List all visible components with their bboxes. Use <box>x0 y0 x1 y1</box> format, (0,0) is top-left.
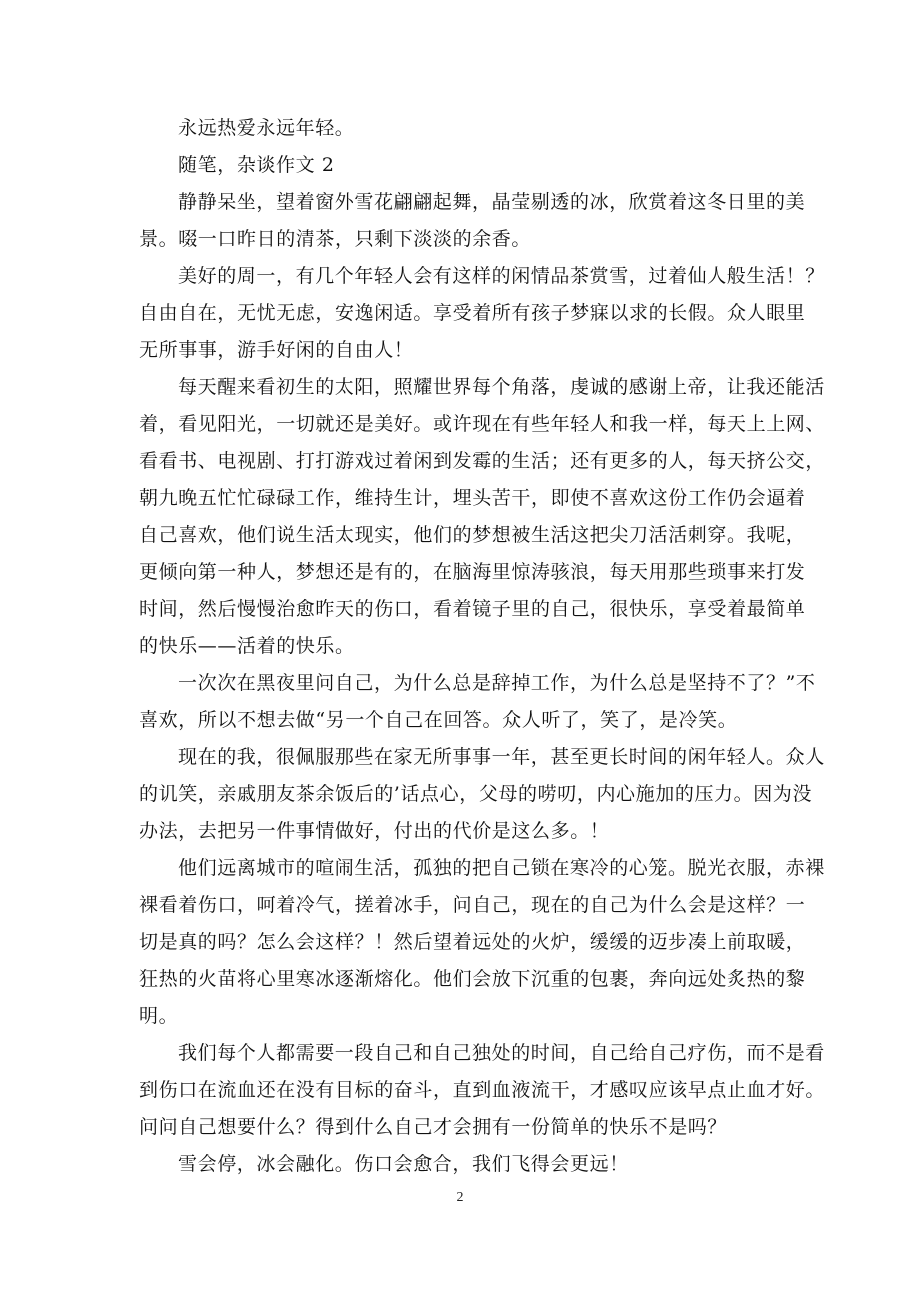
text-line: 随笔，杂谈作文 2 <box>139 147 799 184</box>
text-line: 到伤口在流血还在没有目标的奋斗，直到血液流干，才感叹应该早点止血才好。 <box>139 1072 799 1109</box>
text-line: 静静呆坐，望着窗外雪花翩翩起舞，晶莹剔透的冰，欣赏着这冬日里的美 <box>139 184 799 221</box>
text-line: 的快乐——活着的快乐。 <box>139 628 799 665</box>
text-line: 着，看见阳光，一切就还是美好。或许现在有些年轻人和我一样，每天上上网、 <box>139 406 799 443</box>
text-line: 景。啜一口昨日的清茶，只剩下淡淡的余香。 <box>139 221 799 258</box>
text-line: 明。 <box>139 998 799 1035</box>
text-line: 朝九晚五忙忙碌碌工作，维持生计，埋头苦干，即使不喜欢这份工作仍会逼着 <box>139 480 799 517</box>
text-line: 无所事事，游手好闲的自由人！ <box>139 332 799 369</box>
paragraph: 雪会停，冰会融化。伤口会愈合，我们飞得会更远！ <box>139 1146 799 1183</box>
text-line: 一次次在黑夜里问自己，为什么总是辞掉工作，为什么总是坚持不了？”不 <box>139 665 799 702</box>
paragraph: 他们远离城市的喧闹生活，孤独的把自己锁在寒冷的心笼。脱光衣服，赤裸裸看着伤口，呵… <box>139 850 799 1035</box>
text-line: 问问自己想要什么？得到什么自己才会拥有一份简单的快乐不是吗？ <box>139 1109 799 1146</box>
paragraph: 永远热爱永远年轻。 <box>139 110 799 147</box>
text-line: 每天醒来看初生的太阳，照耀世界每个角落，虔诚的感谢上帝，让我还能活 <box>139 369 799 406</box>
paragraph: 随笔，杂谈作文 2 <box>139 147 799 184</box>
paragraph: 美好的周一，有几个年轻人会有这样的闲情品茶赏雪，过着仙人般生活！？自由自在，无忧… <box>139 258 799 369</box>
text-line: 美好的周一，有几个年轻人会有这样的闲情品茶赏雪，过着仙人般生活！？ <box>139 258 799 295</box>
text-line: 裸看着伤口，呵着冷气，搓着冰手，问自己，现在的自己为什么会是这样？一 <box>139 887 799 924</box>
text-line: 我们每个人都需要一段自己和自己独处的时间，自己给自己疗伤，而不是看 <box>139 1035 799 1072</box>
paragraph: 我们每个人都需要一段自己和自己独处的时间，自己给自己疗伤，而不是看到伤口在流血还… <box>139 1035 799 1146</box>
paragraph: 静静呆坐，望着窗外雪花翩翩起舞，晶莹剔透的冰，欣赏着这冬日里的美景。啜一口昨日的… <box>139 184 799 258</box>
text-line: 自由自在，无忧无虑，安逸闲适。享受着所有孩子梦寐以求的长假。众人眼里 <box>139 295 799 332</box>
text-line: 狂热的火苗将心里寒冰逐渐熔化。他们会放下沉重的包裹，奔向远处炙热的黎 <box>139 961 799 998</box>
paragraph: 一次次在黑夜里问自己，为什么总是辞掉工作，为什么总是坚持不了？”不喜欢，所以不想… <box>139 665 799 739</box>
paragraph: 现在的我，很佩服那些在家无所事事一年，甚至更长时间的闲年轻人。众人的讥笑，亲戚朋… <box>139 739 799 850</box>
paragraph: 每天醒来看初生的太阳，照耀世界每个角落，虔诚的感谢上帝，让我还能活着，看见阳光，… <box>139 369 799 665</box>
text-line: 更倾向第一种人，梦想还是有的，在脑海里惊涛骇浪，每天用那些琐事来打发 <box>139 554 799 591</box>
text-line: 喜欢，所以不想去做“另一个自己在回答。众人听了，笑了，是冷笑。 <box>139 702 799 739</box>
page-number: 2 <box>0 1190 920 1206</box>
text-line: 的讥笑，亲戚朋友茶余饭后的’话点心，父母的唠叨，内心施加的压力。因为没 <box>139 776 799 813</box>
text-line: 他们远离城市的喧闹生活，孤独的把自己锁在寒冷的心笼。脱光衣服，赤裸 <box>139 850 799 887</box>
text-line: 永远热爱永远年轻。 <box>139 110 799 147</box>
text-line: 现在的我，很佩服那些在家无所事事一年，甚至更长时间的闲年轻人。众人 <box>139 739 799 776</box>
text-line: 切是真的吗？怎么会这样？！然后望着远处的火炉，缓缓的迈步凑上前取暖， <box>139 924 799 961</box>
text-line: 自己喜欢，他们说生活太现实，他们的梦想被生活这把尖刀活活刺穿。我呢， <box>139 517 799 554</box>
text-line: 办法，去把另一件事情做好，付出的代价是这么多。！ <box>139 813 799 850</box>
document-body: 永远热爱永远年轻。随笔，杂谈作文 2静静呆坐，望着窗外雪花翩翩起舞，晶莹剔透的冰… <box>139 110 799 1183</box>
text-line: 时间，然后慢慢治愈昨天的伤口，看着镜子里的自己，很快乐，享受着最简单 <box>139 591 799 628</box>
text-line: 看看书、电视剧、打打游戏过着闲到发霉的生活；还有更多的人，每天挤公交， <box>139 443 799 480</box>
document-page: 永远热爱永远年轻。随笔，杂谈作文 2静静呆坐，望着窗外雪花翩翩起舞，晶莹剔透的冰… <box>0 0 920 1302</box>
text-line: 雪会停，冰会融化。伤口会愈合，我们飞得会更远！ <box>139 1146 799 1183</box>
